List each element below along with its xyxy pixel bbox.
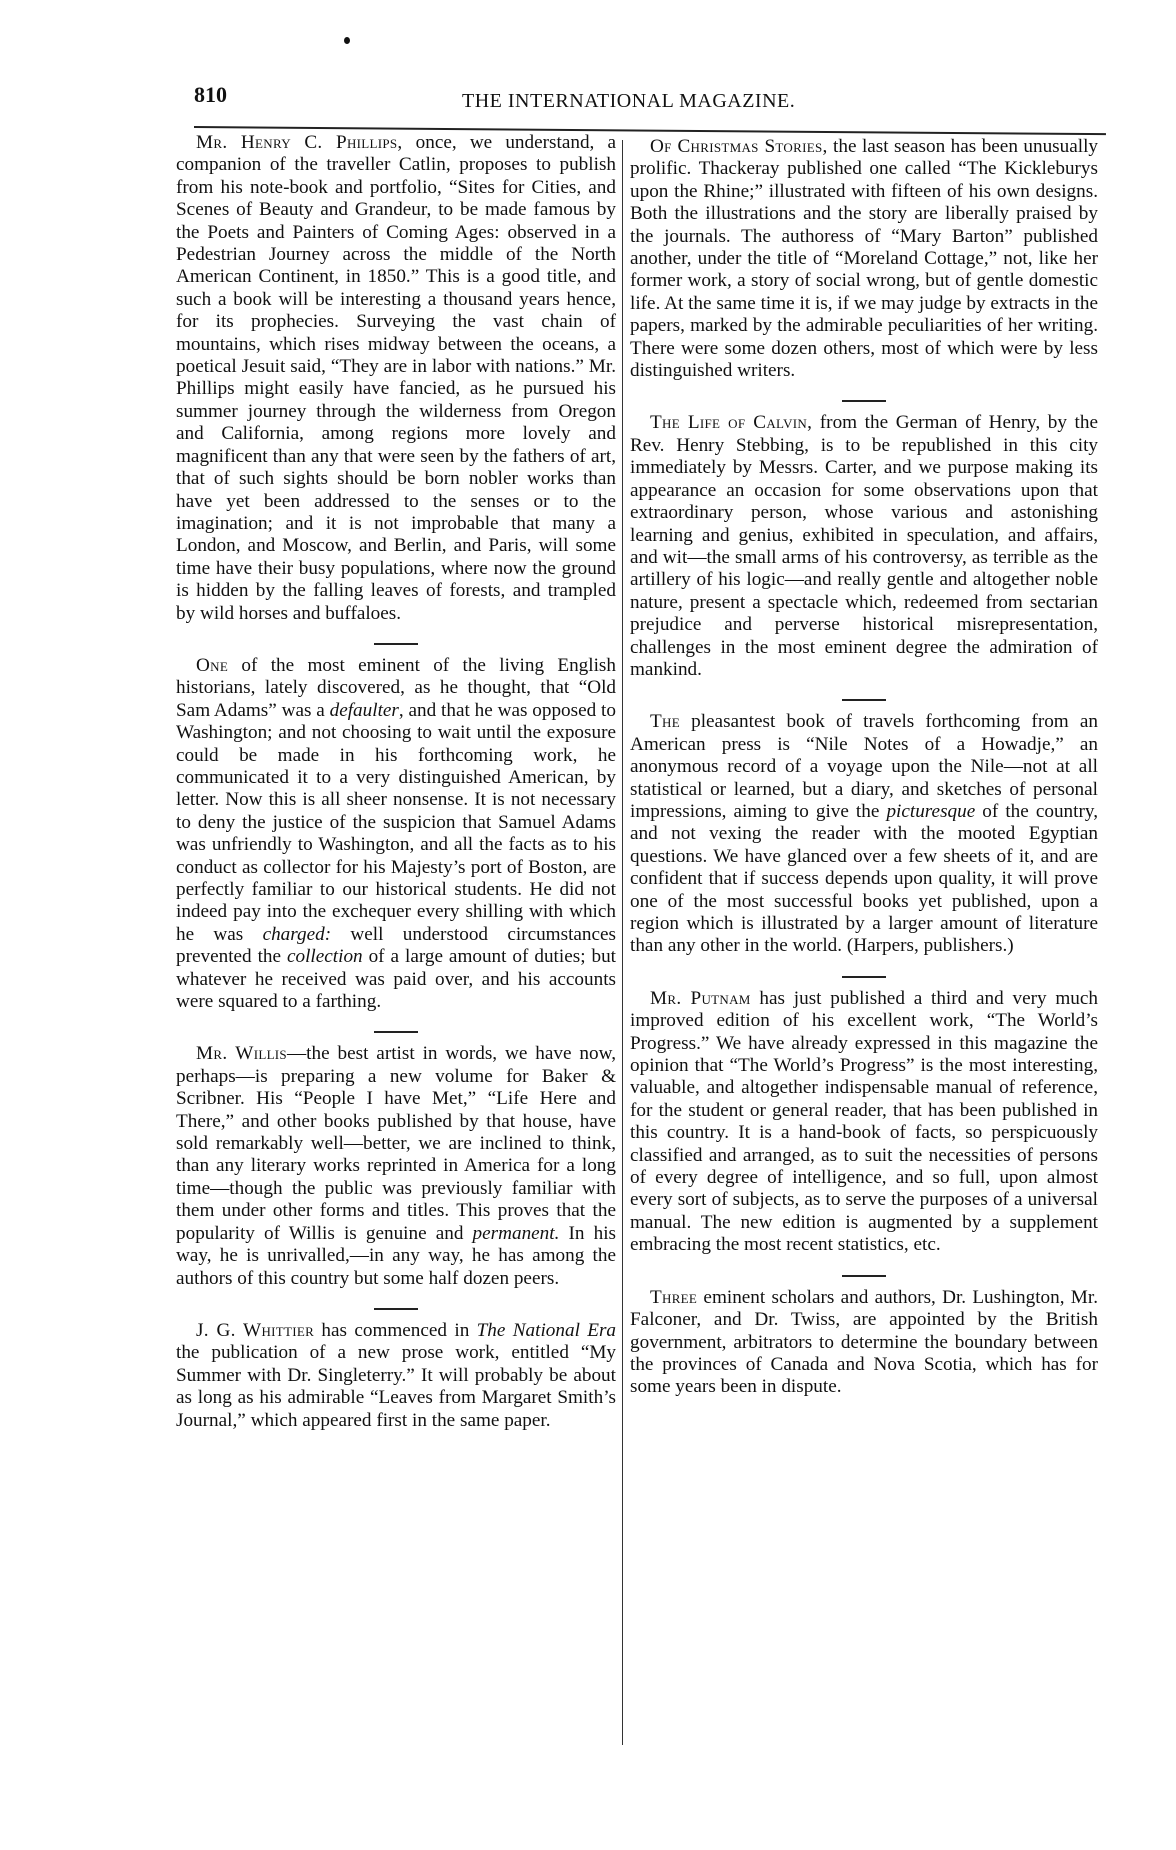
article-text: the last season has been unusually proli… <box>630 136 1098 381</box>
article-phillips: Mr. Henry C. Phillips, once, we understa… <box>176 132 616 625</box>
page-number: 810 <box>194 82 227 108</box>
article-lead: Of Christmas Stories, <box>650 136 828 157</box>
article-lead: One <box>196 655 228 676</box>
article-christmas-stories: Of Christmas Stories, the last season ha… <box>630 136 1098 382</box>
article-nile-notes: The pleasantest book of travels forthcom… <box>630 711 1098 957</box>
left-column: Mr. Henry C. Phillips, once, we understa… <box>176 132 616 1432</box>
magazine-title: THE INTERNATIONAL MAGAZINE. <box>462 90 795 113</box>
article-text: has just published a third and very much… <box>630 988 1098 1255</box>
article-whittier: J. G. Whittier has commenced in The Nati… <box>176 1320 616 1432</box>
article-lead: Mr. Putnam <box>650 988 751 1009</box>
article-lead: Mr. Willis <box>196 1043 287 1064</box>
section-separator <box>374 1031 418 1033</box>
article-lead: Mr. Henry C. Phillips, <box>196 132 403 153</box>
section-separator <box>374 643 418 645</box>
italic-text: picturesque <box>886 801 975 822</box>
section-separator <box>842 1275 886 1277</box>
article-lead: The Life of Calvin, <box>650 412 812 433</box>
section-separator <box>374 1308 418 1310</box>
article-putnam: Mr. Putnam has just published a third an… <box>630 988 1098 1257</box>
article-text: has commenced in <box>314 1320 477 1341</box>
article-text: —the best artist in words, we have now, … <box>176 1043 616 1243</box>
article-willis: Mr. Willis—the best artist in words, we … <box>176 1043 616 1289</box>
article-text: of the country, and not vexing the reade… <box>630 801 1098 956</box>
article-text: from the German of Henry, by the Rev. He… <box>630 412 1098 679</box>
italic-text: collection <box>287 946 363 967</box>
section-separator <box>842 699 886 701</box>
article-sam-adams: One of the most eminent of the living En… <box>176 655 616 1014</box>
article-life-of-calvin: The Life of Calvin, from the German of H… <box>630 412 1098 681</box>
article-text: , and that he was opposed to Washington;… <box>176 700 616 945</box>
column-divider <box>622 140 623 1745</box>
article-text: eminent scholars and authors, Dr. Lushin… <box>630 1287 1098 1398</box>
italic-text: permanent. <box>473 1223 560 1244</box>
article-text: the publication of a new prose work, ent… <box>176 1342 616 1430</box>
italic-text: The National Era <box>477 1320 616 1341</box>
article-lead: Three <box>650 1287 697 1308</box>
article-lead: J. G. Whittier <box>196 1320 314 1341</box>
section-separator <box>842 400 886 402</box>
article-lead: The <box>650 711 680 732</box>
page-header: 810 THE INTERNATIONAL MAGAZINE. <box>194 78 1108 118</box>
article-text: once, we understand, a companion of the … <box>176 132 616 624</box>
article-boundary-arbitrators: Three eminent scholars and authors, Dr. … <box>630 1287 1098 1399</box>
italic-text: defaulter <box>330 700 399 721</box>
section-separator <box>842 976 886 978</box>
ink-speck <box>344 37 350 44</box>
italic-text: charged: <box>263 924 332 945</box>
right-column: Of Christmas Stories, the last season ha… <box>630 136 1098 1399</box>
